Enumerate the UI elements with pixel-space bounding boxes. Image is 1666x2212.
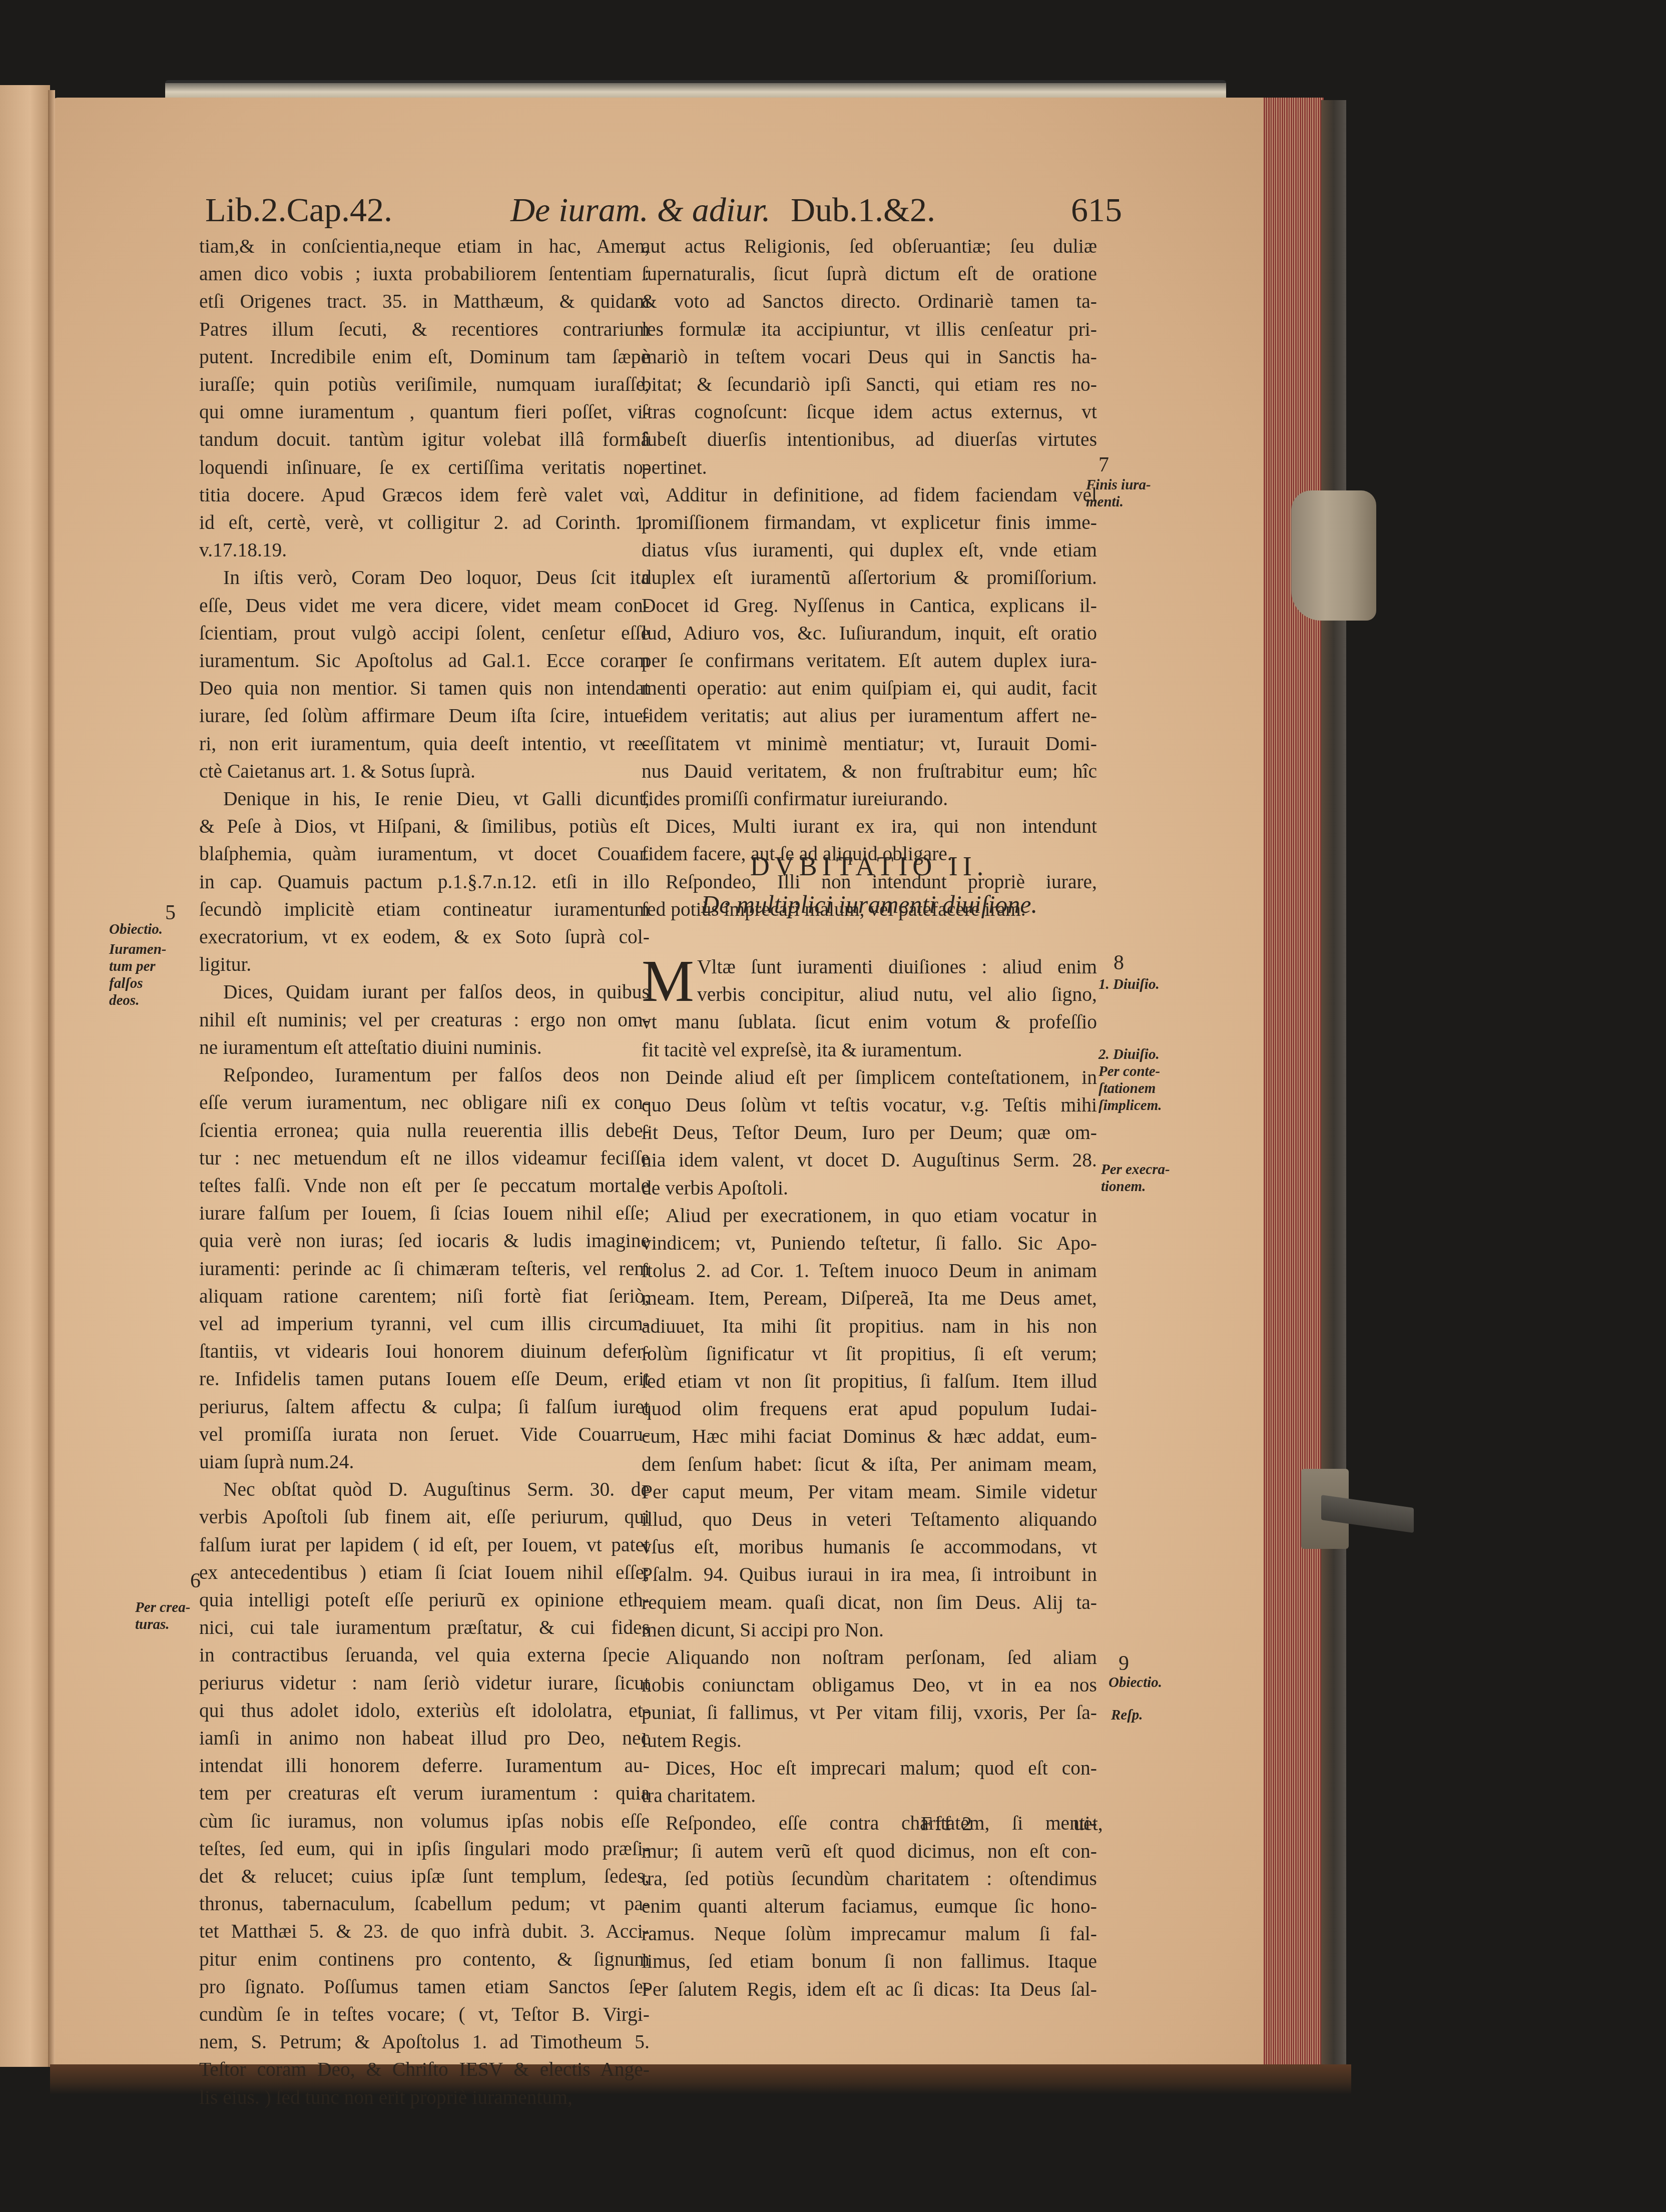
text-line: nia idem valent, vt docet D. Auguſtinus … [642, 1147, 1097, 1174]
margin-note-obiectio: Obiectio. [109, 921, 174, 938]
text-line: execratorium, vt ex eodem, & ex Soto ſup… [199, 923, 650, 951]
text-line: re. Infidelis tamen putans Iouem eſſe De… [199, 1365, 650, 1393]
text-line: men dicunt, Si accipi pro Non. [642, 1616, 1097, 1644]
margin-note-per-execrationem: Per execra-tionem. [1101, 1161, 1181, 1195]
text-line: ramus. Neque ſolùm imprecamur malum ſi f… [642, 1920, 1097, 1948]
text-line: teſtes, ſed eum, qui in ipſis ſingulari … [199, 1835, 650, 1863]
text-line: putent. Incredibile enim eſt, Dominum ta… [199, 343, 650, 371]
text-line: quia intelligi poteſt eſſe periurũ ex op… [199, 1586, 650, 1614]
right-text-column-lower: M Vltæ ſunt iuramenti diuiſiones : aliud… [642, 953, 1097, 2003]
text-line: iuramenti: perinde ac ſi chimæram teſter… [199, 1255, 650, 1283]
text-line: vſus eſt, moribus humanis ſe accommodans… [642, 1533, 1097, 1561]
text-line: ligitur. [199, 951, 650, 978]
text-line: quia verè non iuras; ſed iocaris & ludis… [199, 1227, 650, 1255]
running-head-dubitationes: Dub.1.&2. [791, 190, 935, 230]
text-line: iurare falſum per Iouem, ſi ſcias Iouem … [199, 1200, 650, 1227]
running-head-topic: De iuram. & adiur. [510, 190, 770, 230]
text-line: falſum iurat per lapidem ( id eſt, per I… [199, 1531, 650, 1559]
text-line: det & relucet; cuius ipſæ ſunt templum, … [199, 1863, 650, 1890]
text-line: cum, Hæc mihi faciat Dominus & hæc addat… [642, 1423, 1097, 1450]
text-line: Dices, Multi iurant ex ira, qui non inte… [642, 813, 1097, 840]
text-line: ſtolus 2. ad Cor. 1. Teſtem inuoco Deum … [642, 1257, 1097, 1285]
text-line: dem ſenſum habet: ſicut & iſta, Per anim… [642, 1451, 1097, 1478]
text-line: Additur in definitione, ad fidem faciend… [642, 481, 1097, 509]
text-line: tet Matthæi 5. & 23. de quo infrà dubit.… [199, 1918, 650, 1945]
text-line: cùm ſic iuramus, non volumus ipſas nobis… [199, 1808, 650, 1835]
gutter-fold [48, 90, 55, 2067]
section-subtitle: De multiplici iuramenti diuiſione. [642, 890, 1097, 919]
text-line: Aliquando non noſtram perſonam, ſed alia… [642, 1644, 1097, 1672]
catchword: uet, [1073, 1812, 1103, 1835]
text-line: Dices, Quidam iurant per falſos deos, in… [199, 978, 650, 1006]
text-line: iuraſſe; quin potiùs veriſimile, numquam… [199, 371, 650, 398]
text-line: ſcientia erronea; quia nulla reuerentia … [199, 1117, 650, 1145]
text-line: Reſpondeo, eſſe contra charitatem, ſi me… [642, 1810, 1097, 1837]
text-line: ſtantiis, vt videaris Ioui honorem diuin… [199, 1338, 650, 1365]
text-line: lis eius. ) ſed tunc non erit propriè iu… [199, 2084, 650, 2111]
running-head-book-chapter: Lib.2.Cap.42. [205, 190, 392, 230]
margin-note-finis-iuramenti: Finis iura-menti. [1086, 476, 1166, 510]
text-line: iurare, ſed ſolùm affirmare Deum iſta ſc… [199, 702, 650, 730]
page-number: 615 [1071, 190, 1122, 230]
text-line: iamſi in animo non habeat illud pro Deo,… [199, 1725, 650, 1752]
text-line: fidem veritatis; aut alius per iuramentu… [642, 702, 1097, 730]
text-line: nici, cui tale iuramentum præſtatur, & c… [199, 1614, 650, 1641]
text-line: ſtras cognoſcunt: ſicque idem actus exte… [642, 398, 1097, 426]
margin-number-6: 6 [190, 1569, 201, 1593]
cover-board-edge [1321, 100, 1346, 2077]
left-text-column: tiam,& in conſcientia,neque etiam in hac… [199, 233, 650, 2111]
text-line: Dices, Hoc eſt imprecari malum; quod eſt… [642, 1755, 1097, 1782]
text-line: diatus vſus iuramenti, qui duplex eſt, v… [642, 536, 1097, 564]
text-line: qui omne iuramentum , quantum fieri poſſ… [199, 398, 650, 426]
text-line: tur : nec metuendum eſt ne illos videamu… [199, 1145, 650, 1172]
text-line: nus Dauid veritatem, & non fruſtrabitur … [642, 758, 1097, 785]
text-line: in contractibus ſeruanda, vel quia exter… [199, 1641, 650, 1669]
text-line: vt manu ſublata. ſicut enim votum & prof… [642, 1008, 1097, 1036]
text-line: teſtes falſi. Vnde non eſt per ſe peccat… [199, 1172, 650, 1200]
text-line: periurus videtur : nam ſeriò videtur iur… [199, 1670, 650, 1697]
text-line: mariò in teſtem vocari Deus qui in Sanct… [642, 343, 1097, 371]
text-line: lutem Regis. [642, 1727, 1097, 1755]
text-line: fides promiſſi confirmatur iureiurando. [642, 785, 1097, 813]
text-line: etſi Origenes tract. 35. in Matthæum, & … [199, 288, 650, 315]
text-line: ne iuramentum eſt atteſtatio diuini numi… [199, 1034, 650, 1061]
margin-note-2-diuisio: 2. Diuiſio. Per conte-ſtationem ſimplice… [1098, 1046, 1179, 1114]
text-line: ex antecedentibus ) etiam ſi ſciat Iouem… [199, 1559, 650, 1586]
text-line: de verbis Apoſtoli. [642, 1175, 1097, 1202]
text-line: ſcientiam, prout vulgò accipi ſolent, ce… [199, 620, 650, 647]
text-line: tiam,& in conſcientia,neque etiam in hac… [199, 233, 650, 260]
margin-note-obiectio-2: Obiectio. [1108, 1674, 1189, 1691]
text-line: eſſe verum iuramentum, nec obligare niſi… [199, 1089, 650, 1117]
text-line: vindicem; vt, Puniendo teſtetur, ſi fall… [642, 1230, 1097, 1257]
text-line: bitat; & ſecundariò ipſi Sancti, qui eti… [642, 371, 1097, 398]
text-line: nihil eſt numinis; vel per creaturas : e… [199, 1006, 650, 1034]
text-line: puniat, ſi fallimus, vt Per vitam filij,… [642, 1699, 1097, 1727]
text-line: Denique in his, Ie renie Dieu, vt Galli … [199, 785, 650, 813]
text-line: iuramentum. Sic Apoſtolus ad Gal.1. Ecce… [199, 647, 650, 675]
text-line: fit tacitè vel expreſsè, ita & iuramentu… [642, 1036, 1097, 1064]
text-line: titia docere. Apud Græcos idem ferè vale… [199, 481, 650, 509]
text-line: tem per creaturas eſt verum iuramentum :… [199, 1780, 650, 1807]
text-line: pitur enim continens pro contento, & ſig… [199, 1946, 650, 1973]
text-line: Aliud per execrationem, in quo etiam voc… [642, 1202, 1097, 1230]
text-line: menti operatio: aut enim quiſpiam ei, qu… [642, 675, 1097, 702]
text-line: ceſſitatem vt minimè mentiatur; vt, Iura… [642, 730, 1097, 758]
text-line: periurus, ſaltem affectu & culpa; ſi fal… [199, 1393, 650, 1421]
text-line: Deinde aliud eſt per ſimplicem conteſtat… [642, 1064, 1097, 1091]
margin-note-1-diuisio: 1. Diuiſio. [1098, 976, 1179, 993]
text-line: meam. Item, Peream, Diſpereã, Ita me Deu… [642, 1285, 1097, 1312]
text-line: ſupernaturalis, ſicut ſuprà dictum eſt d… [642, 260, 1097, 288]
text-line: enim quanti alterum faciamus, eumque ſic… [642, 1893, 1097, 1920]
text-line: & voto ad Sanctos directo. Ordinariè tam… [642, 288, 1097, 315]
text-line: ſed etiam vt non ſit propitius, ſi falſu… [642, 1368, 1097, 1395]
text-line: nem, S. Petrum; & Apoſtolus 1. ad Timoth… [199, 2028, 650, 2056]
text-line: ri, non erit iuramentum, quia deeſt inte… [199, 730, 650, 758]
text-line: blaſphemia, quàm iuramentum, vt docet Co… [199, 840, 650, 868]
text-line: Vltæ ſunt iuramenti diuiſiones : aliud e… [642, 953, 1097, 981]
text-line: quo Deus ſolùm vt teſtis vocatur, v.g. T… [642, 1091, 1097, 1119]
text-line: Deo quia non mentior. Si tamen quis non … [199, 675, 650, 702]
text-line: Reſpondeo, Iuramentum per falſos deos no… [199, 1061, 650, 1089]
margin-number-9: 9 [1119, 1651, 1129, 1676]
text-line: lud, Adiuro vos, &c. Iuſiurandum, inquit… [642, 620, 1097, 647]
text-line: ſit Deus, Teſtor Deum, Iuro per Deum; qu… [642, 1119, 1097, 1147]
text-line: qui thus adolet idolo, exteriùs eſt idol… [199, 1697, 650, 1725]
margin-note-per-creaturas: Per crea-turas. [135, 1599, 195, 1633]
text-line: ſubeſt diuerſis intentionibus, ad diuerſ… [642, 426, 1097, 453]
text-line: thronus, tabernaculum, ſcabellum pedum; … [199, 1890, 650, 1918]
text-line: cundùm ſe in teſtes vocare; ( vt, Teſtor… [199, 2001, 650, 2028]
text-line: verbis Apoſtoli ſub finem ait, eſſe peri… [199, 1503, 650, 1531]
text-line: vel promiſſa iurata non ſeruet. Vide Cou… [199, 1421, 650, 1448]
text-line: & Peſe à Dios, vt Hiſpani, & ſimilibus, … [199, 813, 650, 840]
text-line: les formulæ ita accipiuntur, vt illis ce… [642, 316, 1097, 343]
text-line: In iſtis verò, Coram Deo loquor, Deus ſc… [199, 564, 650, 592]
text-line: illud, quo Deus in veteri Teſtamento ali… [642, 1506, 1097, 1533]
text-line: verbis concipitur, aliud nutu, vel alio … [642, 981, 1097, 1008]
text-line: amen dico vobis ; iuxta probabiliorem ſe… [199, 260, 650, 288]
text-line: promiſſionem firmandam, vt explicetur fi… [642, 509, 1097, 536]
text-line: pro ſignato. Poſſumus tamen etiam Sancto… [199, 1973, 650, 2001]
text-line: quod olim frequens erat apud populum Iud… [642, 1395, 1097, 1423]
text-line: requiem meam. quaſi dicat, non ſim Deus.… [642, 1589, 1097, 1616]
verso-page-edge [0, 85, 50, 2067]
clasp-metal-hook-icon [1301, 1469, 1414, 1549]
text-line: Docet id Greg. Nyſſenus in Cantica, expl… [642, 592, 1097, 620]
margin-note-resp: Reſp. [1111, 1707, 1171, 1724]
text-line: mur; ſi autem verũ eſt quod dicimus, non… [642, 1838, 1097, 1865]
text-line: tra charitatem. [642, 1782, 1097, 1810]
text-line: duplex eſt iuramentũ aſſertorium & promi… [642, 564, 1097, 592]
text-line: per ſe confirmans veritatem. Eſt autem d… [642, 647, 1097, 675]
text-line: eſſe, Deus videt me vera dicere, videt m… [199, 592, 650, 620]
text-line: pertinet. [642, 454, 1097, 481]
text-line: ſecundò implicitè etiam contineatur iura… [199, 896, 650, 923]
drop-cap: M [642, 956, 694, 1006]
text-line: intendat illi honorem deferre. Iuramentu… [199, 1752, 650, 1780]
text-line: aliquam ratione carentem; niſi fortè fia… [199, 1283, 650, 1310]
clasp-leather-strap-icon [1291, 490, 1376, 621]
text-line: aut actus Religionis, ſed obſeruantiæ; ſ… [642, 233, 1097, 260]
text-line: Per ſalutem Regis, idem eſt ac ſi dicas:… [642, 1976, 1097, 2003]
text-line: Per caput meum, Per vitam meam. Simile v… [642, 1478, 1097, 1506]
text-line: v.17.18.19. [199, 536, 650, 564]
margin-number-8: 8 [1114, 951, 1124, 975]
text-line: in cap. Quamuis pactum p.1.§.7.n.12. etſ… [199, 868, 650, 896]
red-page-fore-edge [1264, 98, 1324, 2069]
text-line: id eſt, certè, verè, vt colligitur 2. ad… [199, 509, 650, 536]
text-line: tandum docuit. tantùm igitur volebat ill… [199, 426, 650, 453]
signature-mark: Fff 2 [921, 1812, 975, 1835]
right-text-column-upper: aut actus Religionis, ſed obſeruantiæ; ſ… [642, 233, 1097, 923]
text-line: ctè Caietanus art. 1. & Sotus ſuprà. [199, 758, 650, 785]
text-line: tra, ſed potiùs ſecundùm charitatem : oſ… [642, 1865, 1097, 1893]
text-line: uiam ſuprà num.24. [199, 1448, 650, 1476]
text-line: Nec obſtat quòd D. Auguſtinus Serm. 30. … [199, 1476, 650, 1503]
text-line: Pſalm. 94. Quibus iuraui in ira mea, ſi … [642, 1561, 1097, 1588]
margin-number-7: 7 [1098, 453, 1109, 477]
text-line: limus, ſed etiam bonum ſi non fallimus. … [642, 1948, 1097, 1975]
text-line: ſolùm ſignificatur vt ſit propitius, ſi … [642, 1340, 1097, 1368]
text-line: adiuuet, Ita mihi ſit propitius. nam in … [642, 1313, 1097, 1340]
text-line: Patres illum ſecuti, & recentiores contr… [199, 316, 650, 343]
text-line: Teſtor coram Deo, & Chriſto IESV & elect… [199, 2056, 650, 2083]
text-line: vel ad imperium tyranni, vel cum illis c… [199, 1310, 650, 1338]
section-heading: DVBITATIO II. [642, 851, 1097, 882]
text-line: loquendi inſinuare, ſe ex certiſſima ver… [199, 454, 650, 481]
margin-note-iuramentum-falsos-deos: Iuramen-tum per falſos deos. [109, 941, 174, 1009]
text-line: nobis coniunctam obligamus Deo, vt in ea… [642, 1672, 1097, 1699]
